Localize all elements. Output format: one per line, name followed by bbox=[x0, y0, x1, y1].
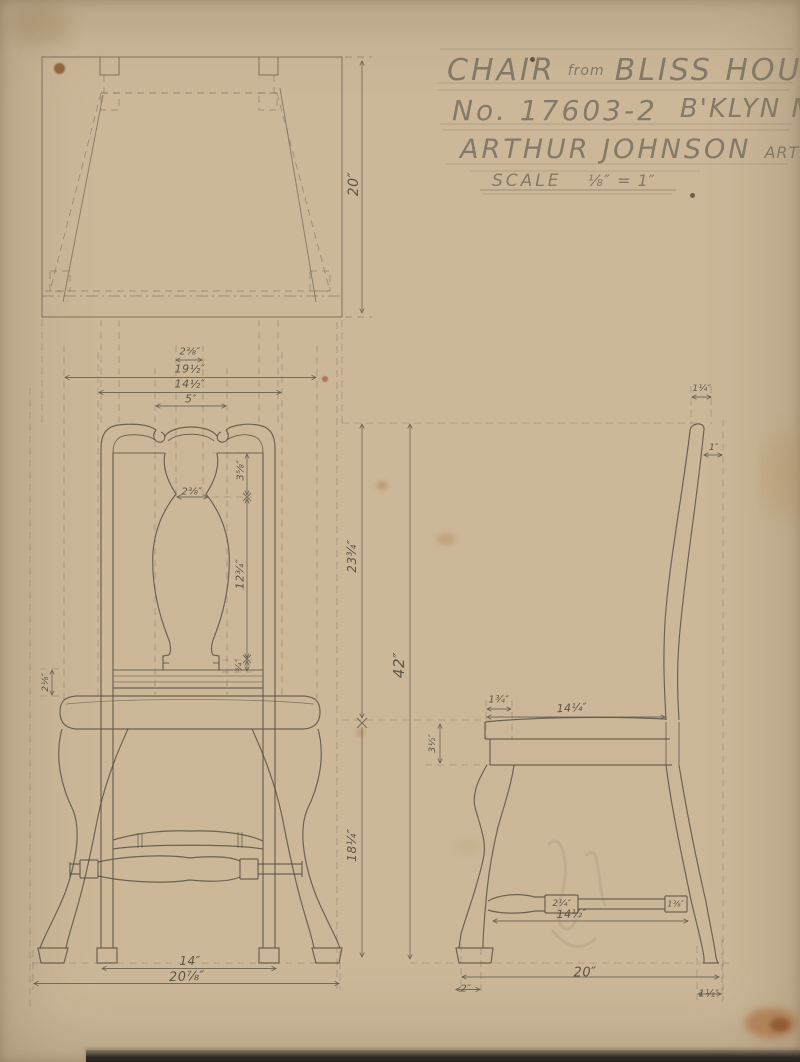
title-line-1: CHAIR from BLISS HOUSE bbox=[447, 53, 800, 88]
title-bliss-house: BLISS HOUSE bbox=[615, 53, 800, 88]
scale-value: ⅛″ = 1″ bbox=[588, 171, 656, 190]
dim-seat-rail-height: 3½″ bbox=[428, 733, 438, 752]
construction-lines bbox=[30, 320, 732, 1008]
table-edge bbox=[86, 1050, 800, 1062]
dim-side-post-top: 1¼″ bbox=[692, 384, 711, 394]
dim-front-crest-width: 2⅜″ bbox=[179, 347, 200, 358]
plan-view-drawing bbox=[42, 57, 342, 317]
dim-front-leg-span: 14″ bbox=[179, 954, 200, 968]
drawing-sheet-photo: CHAIR from BLISS HOUSE No. 17603-2 B'KLY… bbox=[0, 0, 800, 1062]
dim-front-rail-width: 14½″ bbox=[175, 378, 206, 391]
dim-front-foot-depth: 2″ bbox=[460, 984, 471, 995]
dim-stretcher-block-right: 1⅜″ bbox=[667, 900, 684, 909]
title-line-3: ARTHUR JOHNSON ARTIST bbox=[460, 134, 800, 165]
dim-seat-overhang: 1¾″ bbox=[488, 695, 509, 706]
dim-stretcher-length: 14½″ bbox=[556, 907, 587, 921]
dim-seat-height: 18¼″ bbox=[345, 828, 359, 861]
dim-splat-waist: 2⅜″ bbox=[181, 487, 202, 498]
dim-front-center-width: 5″ bbox=[185, 393, 197, 406]
dim-overall-height: 42″ bbox=[390, 652, 408, 678]
title-number: No. 17603-2 bbox=[452, 94, 658, 127]
dim-plan-height: 20″ bbox=[346, 172, 362, 197]
x-tick-marks bbox=[243, 493, 367, 728]
dim-back-foot-depth: 1½″ bbox=[698, 989, 719, 1000]
front-view-drawing bbox=[38, 424, 342, 963]
dim-front-back-width: 19½″ bbox=[175, 363, 206, 376]
dim-splat-height: 12¾″ bbox=[234, 559, 247, 590]
scale-label: SCALE bbox=[492, 171, 562, 191]
dimension-lines bbox=[34, 61, 722, 994]
dim-seat-depth: 14¼″ bbox=[556, 701, 587, 716]
title-line-2: No. 17603-2 B'KLYN MUSEUM bbox=[452, 94, 800, 127]
dim-side-post-thickness: 1″ bbox=[709, 443, 719, 453]
title-scale-line: SCALE ⅛″ = 1″ bbox=[492, 171, 656, 191]
title-chair: CHAIR bbox=[447, 53, 556, 88]
dim-overall-width: 20⅞″ bbox=[169, 969, 206, 985]
title-artist-word: ARTIST bbox=[764, 143, 800, 162]
dim-splat-upper: 3⅝″ bbox=[236, 459, 247, 480]
erased-scribbles bbox=[548, 841, 606, 946]
title-from: from bbox=[568, 63, 605, 79]
plan-view-dashed bbox=[42, 57, 372, 317]
title-artist-name: ARTHUR JOHNSON bbox=[460, 134, 751, 165]
side-view-drawing bbox=[456, 424, 719, 963]
dim-back-post-height: 23¾″ bbox=[345, 539, 359, 572]
dim-seat-edge: 2⅛″ bbox=[41, 672, 51, 691]
title-museum: B'KLYN MUSEUM bbox=[680, 94, 800, 124]
dim-splat-base: ¾″ bbox=[235, 658, 245, 671]
dim-overall-depth: 20″ bbox=[574, 966, 597, 981]
